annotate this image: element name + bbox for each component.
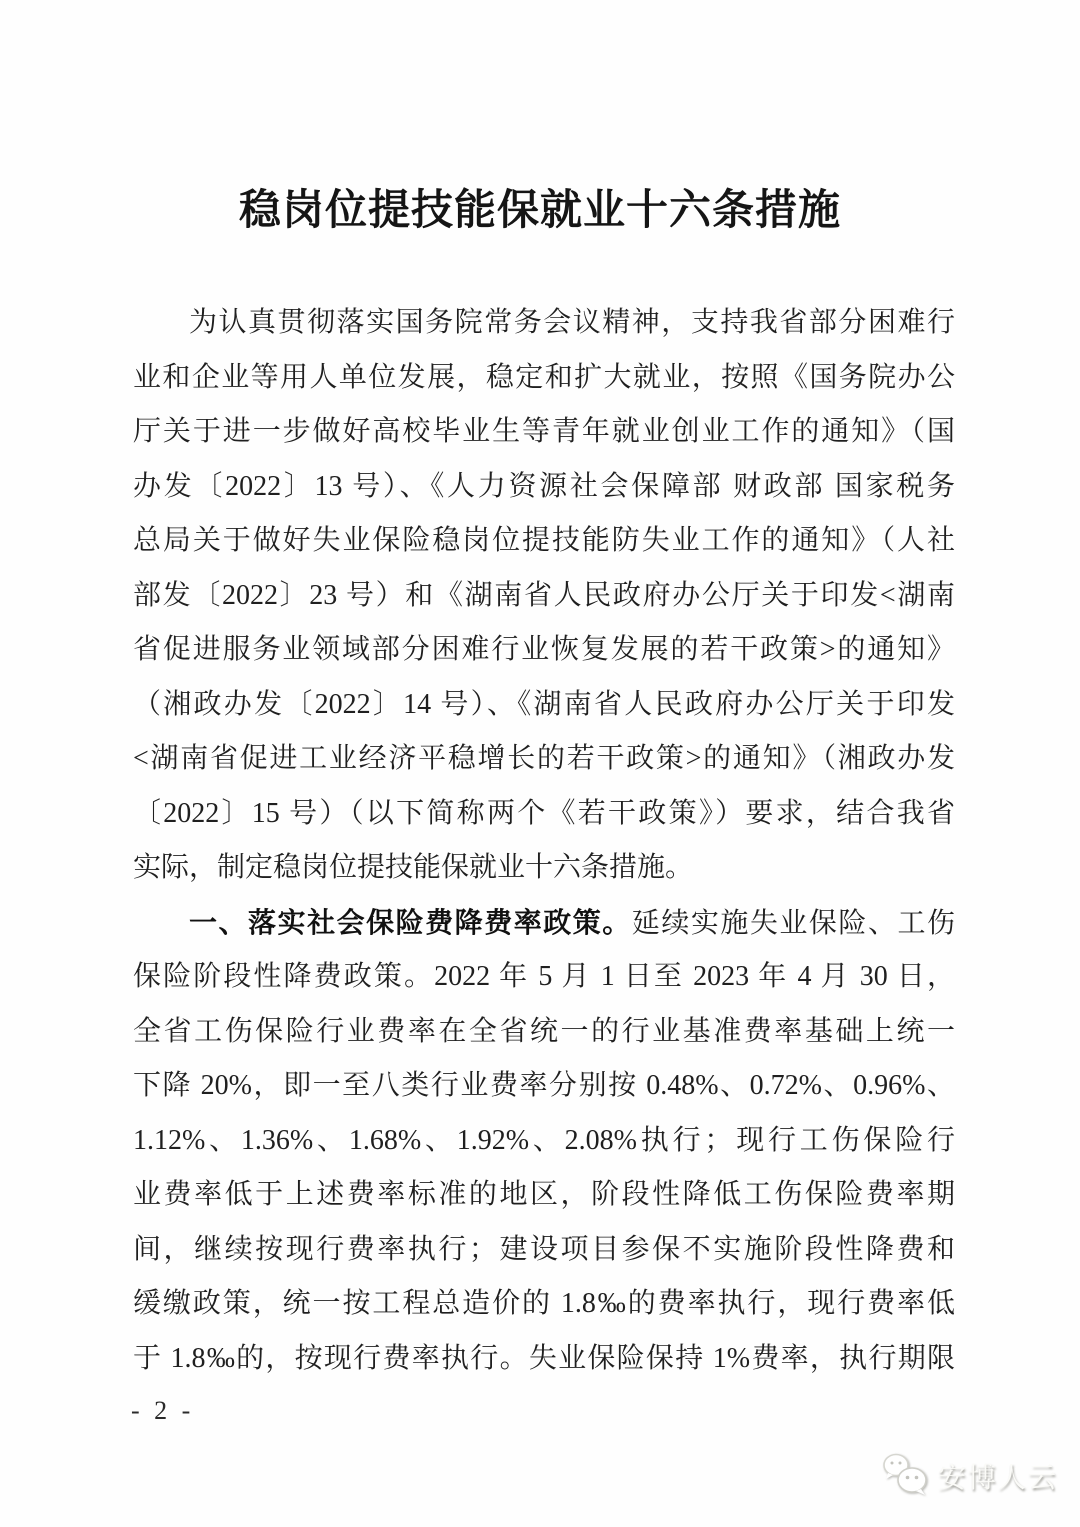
- text-line: 1.12%、1.36%、1.68%、1.92%、2.08%执行；现行工伤保险行: [133, 1114, 955, 1169]
- text-line: 部发〔2022〕23 号）和《湖南省人民政府办公厅关于印发<湖南: [133, 569, 955, 624]
- wechat-icon: [881, 1452, 931, 1500]
- document-body: 为认真贯彻落实国务院常务会议精神，支持我省部分困难行 业和企业等用人单位发展，稳…: [133, 296, 955, 1386]
- section-heading-rest: 延续实施失业保险、工伤: [632, 908, 955, 939]
- text-line: 缓缴政策，统一按工程总造价的 1.8‰的费率执行，现行费率低: [133, 1277, 955, 1332]
- text-line: 间，继续按现行费率执行；建设项目参保不实施阶段性降费和: [133, 1223, 955, 1278]
- text-line: 实际，制定稳岗位提技能保就业十六条措施。: [133, 841, 955, 896]
- page-number: - 2 -: [131, 1396, 194, 1426]
- text-line: 保险阶段性降费政策。2022 年 5 月 1 日至 2023 年 4 月 30 …: [133, 950, 955, 1005]
- section-heading-bold: 一、落实社会保险费降费率政策。: [189, 907, 632, 938]
- text-line: 省促进服务业领域部分困难行业恢复发展的若干政策>的通知》: [133, 623, 955, 678]
- watermark-label: 安博人云: [938, 1456, 1058, 1496]
- text-line: 于 1.8‰的，按现行费率执行。失业保险保持 1%费率，执行期限: [133, 1332, 955, 1387]
- text-line: 办发〔2022〕13 号）、《人力资源社会保障部 财政部 国家税务: [133, 460, 955, 515]
- text-line: 厅关于进一步做好高校毕业生等青年就业创业工作的通知》（国: [133, 405, 955, 460]
- text-line: 全省工伤保险行业费率在全省统一的行业基准费率基础上统一: [133, 1005, 955, 1060]
- text-line: 业费率低于上述费率标准的地区，阶段性降低工伤保险费率期: [133, 1168, 955, 1223]
- document-title: 稳岗位提技能保就业十六条措施: [0, 181, 1080, 241]
- text-line: 总局关于做好失业保险稳岗位提技能防失业工作的通知》（人社: [133, 514, 955, 569]
- watermark: 安博人云: [881, 1452, 1058, 1500]
- text-line: 下降 20%，即一至八类行业费率分别按 0.48%、0.72%、0.96%、: [133, 1059, 955, 1114]
- text-line: 业和企业等用人单位发展，稳定和扩大就业，按照《国务院办公: [133, 351, 955, 406]
- text-line: <湖南省促进工业经济平稳增长的若干政策>的通知》（湘政办发: [133, 732, 955, 787]
- text-line: 为认真贯彻落实国务院常务会议精神，支持我省部分困难行: [133, 296, 955, 351]
- document-page: 稳岗位提技能保就业十六条措施 为认真贯彻落实国务院常务会议精神，支持我省部分困难…: [0, 0, 1080, 1527]
- text-line: 〔2022〕15 号）（以下简称两个《若干政策》）要求，结合我省: [133, 787, 955, 842]
- text-line-section-heading: 一、落实社会保险费降费率政策。延续实施失业保险、工伤: [133, 896, 955, 951]
- text-line: （湘政办发〔2022〕14 号）、《湖南省人民政府办公厅关于印发: [133, 678, 955, 733]
